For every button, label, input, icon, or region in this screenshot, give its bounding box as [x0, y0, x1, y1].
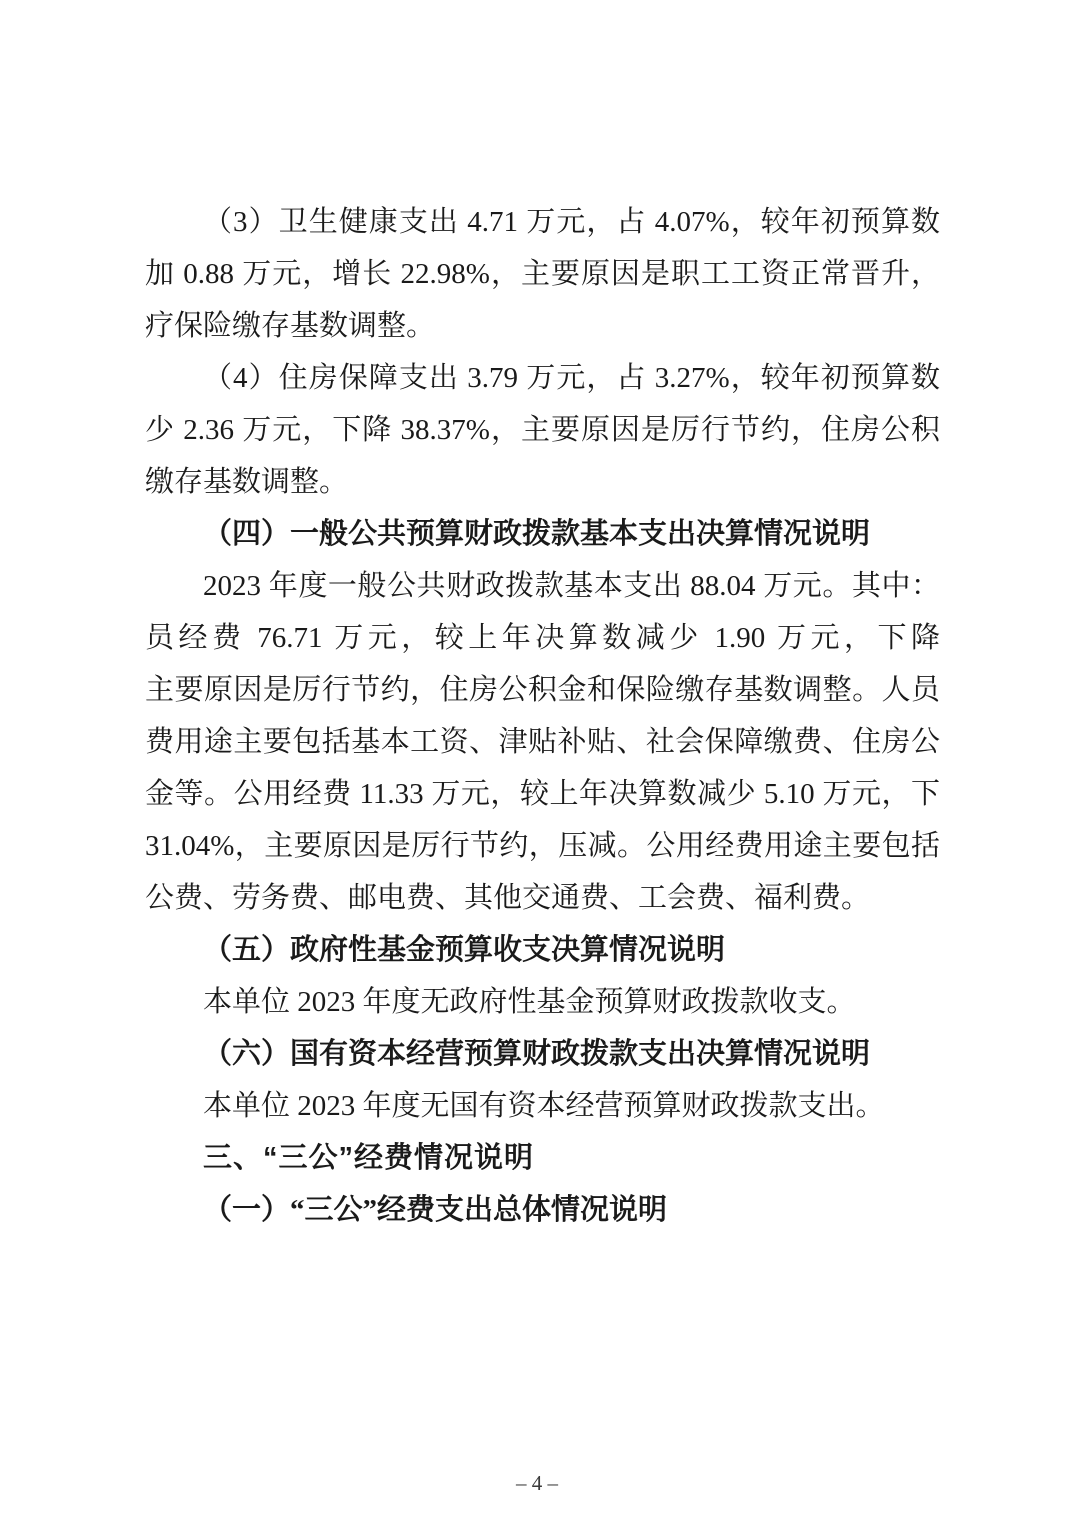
text-line: 少 2.36 万元，下降 38.37%，主要原因是厉行节约，住房公积金	[145, 404, 940, 456]
document-body: （3）卫生健康支出 4.71 万元，占 4.07%，较年初预算数增加 0.88 …	[145, 196, 940, 1236]
page-number: – 4 –	[0, 1468, 1074, 1498]
text-line: 2023 年度一般公共财政拨款基本支出 88.04 万元。其中：人	[145, 560, 940, 612]
text-line: 本单位 2023 年度无国有资本经营预算财政拨款支出。	[145, 1080, 940, 1132]
text-line: （六）国有资本经营预算财政拨款支出决算情况说明	[145, 1028, 940, 1080]
text-line: 费用途主要包括基本工资、津贴补贴、社会保障缴费、住房公积	[145, 716, 940, 768]
text-line: （3）卫生健康支出 4.71 万元，占 4.07%，较年初预算数增	[145, 196, 940, 248]
text-line: 缴存基数调整。	[145, 456, 940, 508]
text-line: 31.04%，主要原因是厉行节约，压减。公用经费用途主要包括办	[145, 820, 940, 872]
text-line: 本单位 2023 年度无政府性基金预算财政拨款收支。	[145, 976, 940, 1028]
text-line: 金等。公用经费 11.33 万元，较上年决算数减少 5.10 万元，下降	[145, 768, 940, 820]
text-line: 三、“三公”经费情况说明	[145, 1132, 940, 1184]
text-line: 主要原因是厉行节约，住房公积金和保险缴存基数调整。人员经	[145, 664, 940, 716]
text-line: （一）“三公”经费支出总体情况说明	[145, 1184, 940, 1236]
text-line: 疗保险缴存基数调整。	[145, 300, 940, 352]
text-line: 员经费 76.71 万元，较上年决算数减少 1.90 万元，下降 2.42%，	[145, 612, 940, 664]
text-line: 公费、劳务费、邮电费、其他交通费、工会费、福利费。	[145, 872, 940, 924]
page-canvas: （3）卫生健康支出 4.71 万元，占 4.07%，较年初预算数增加 0.88 …	[0, 0, 1074, 1520]
text-line: 加 0.88 万元，增长 22.98%，主要原因是职工工资正常晋升，医	[145, 248, 940, 300]
text-line: （四）一般公共预算财政拨款基本支出决算情况说明	[145, 508, 940, 560]
text-line: （五）政府性基金预算收支决算情况说明	[145, 924, 940, 976]
document-page: { "page": { "background_color": "#ffffff…	[0, 0, 1074, 1520]
text-line: （4）住房保障支出 3.79 万元，占 3.27%，较年初预算数减	[145, 352, 940, 404]
